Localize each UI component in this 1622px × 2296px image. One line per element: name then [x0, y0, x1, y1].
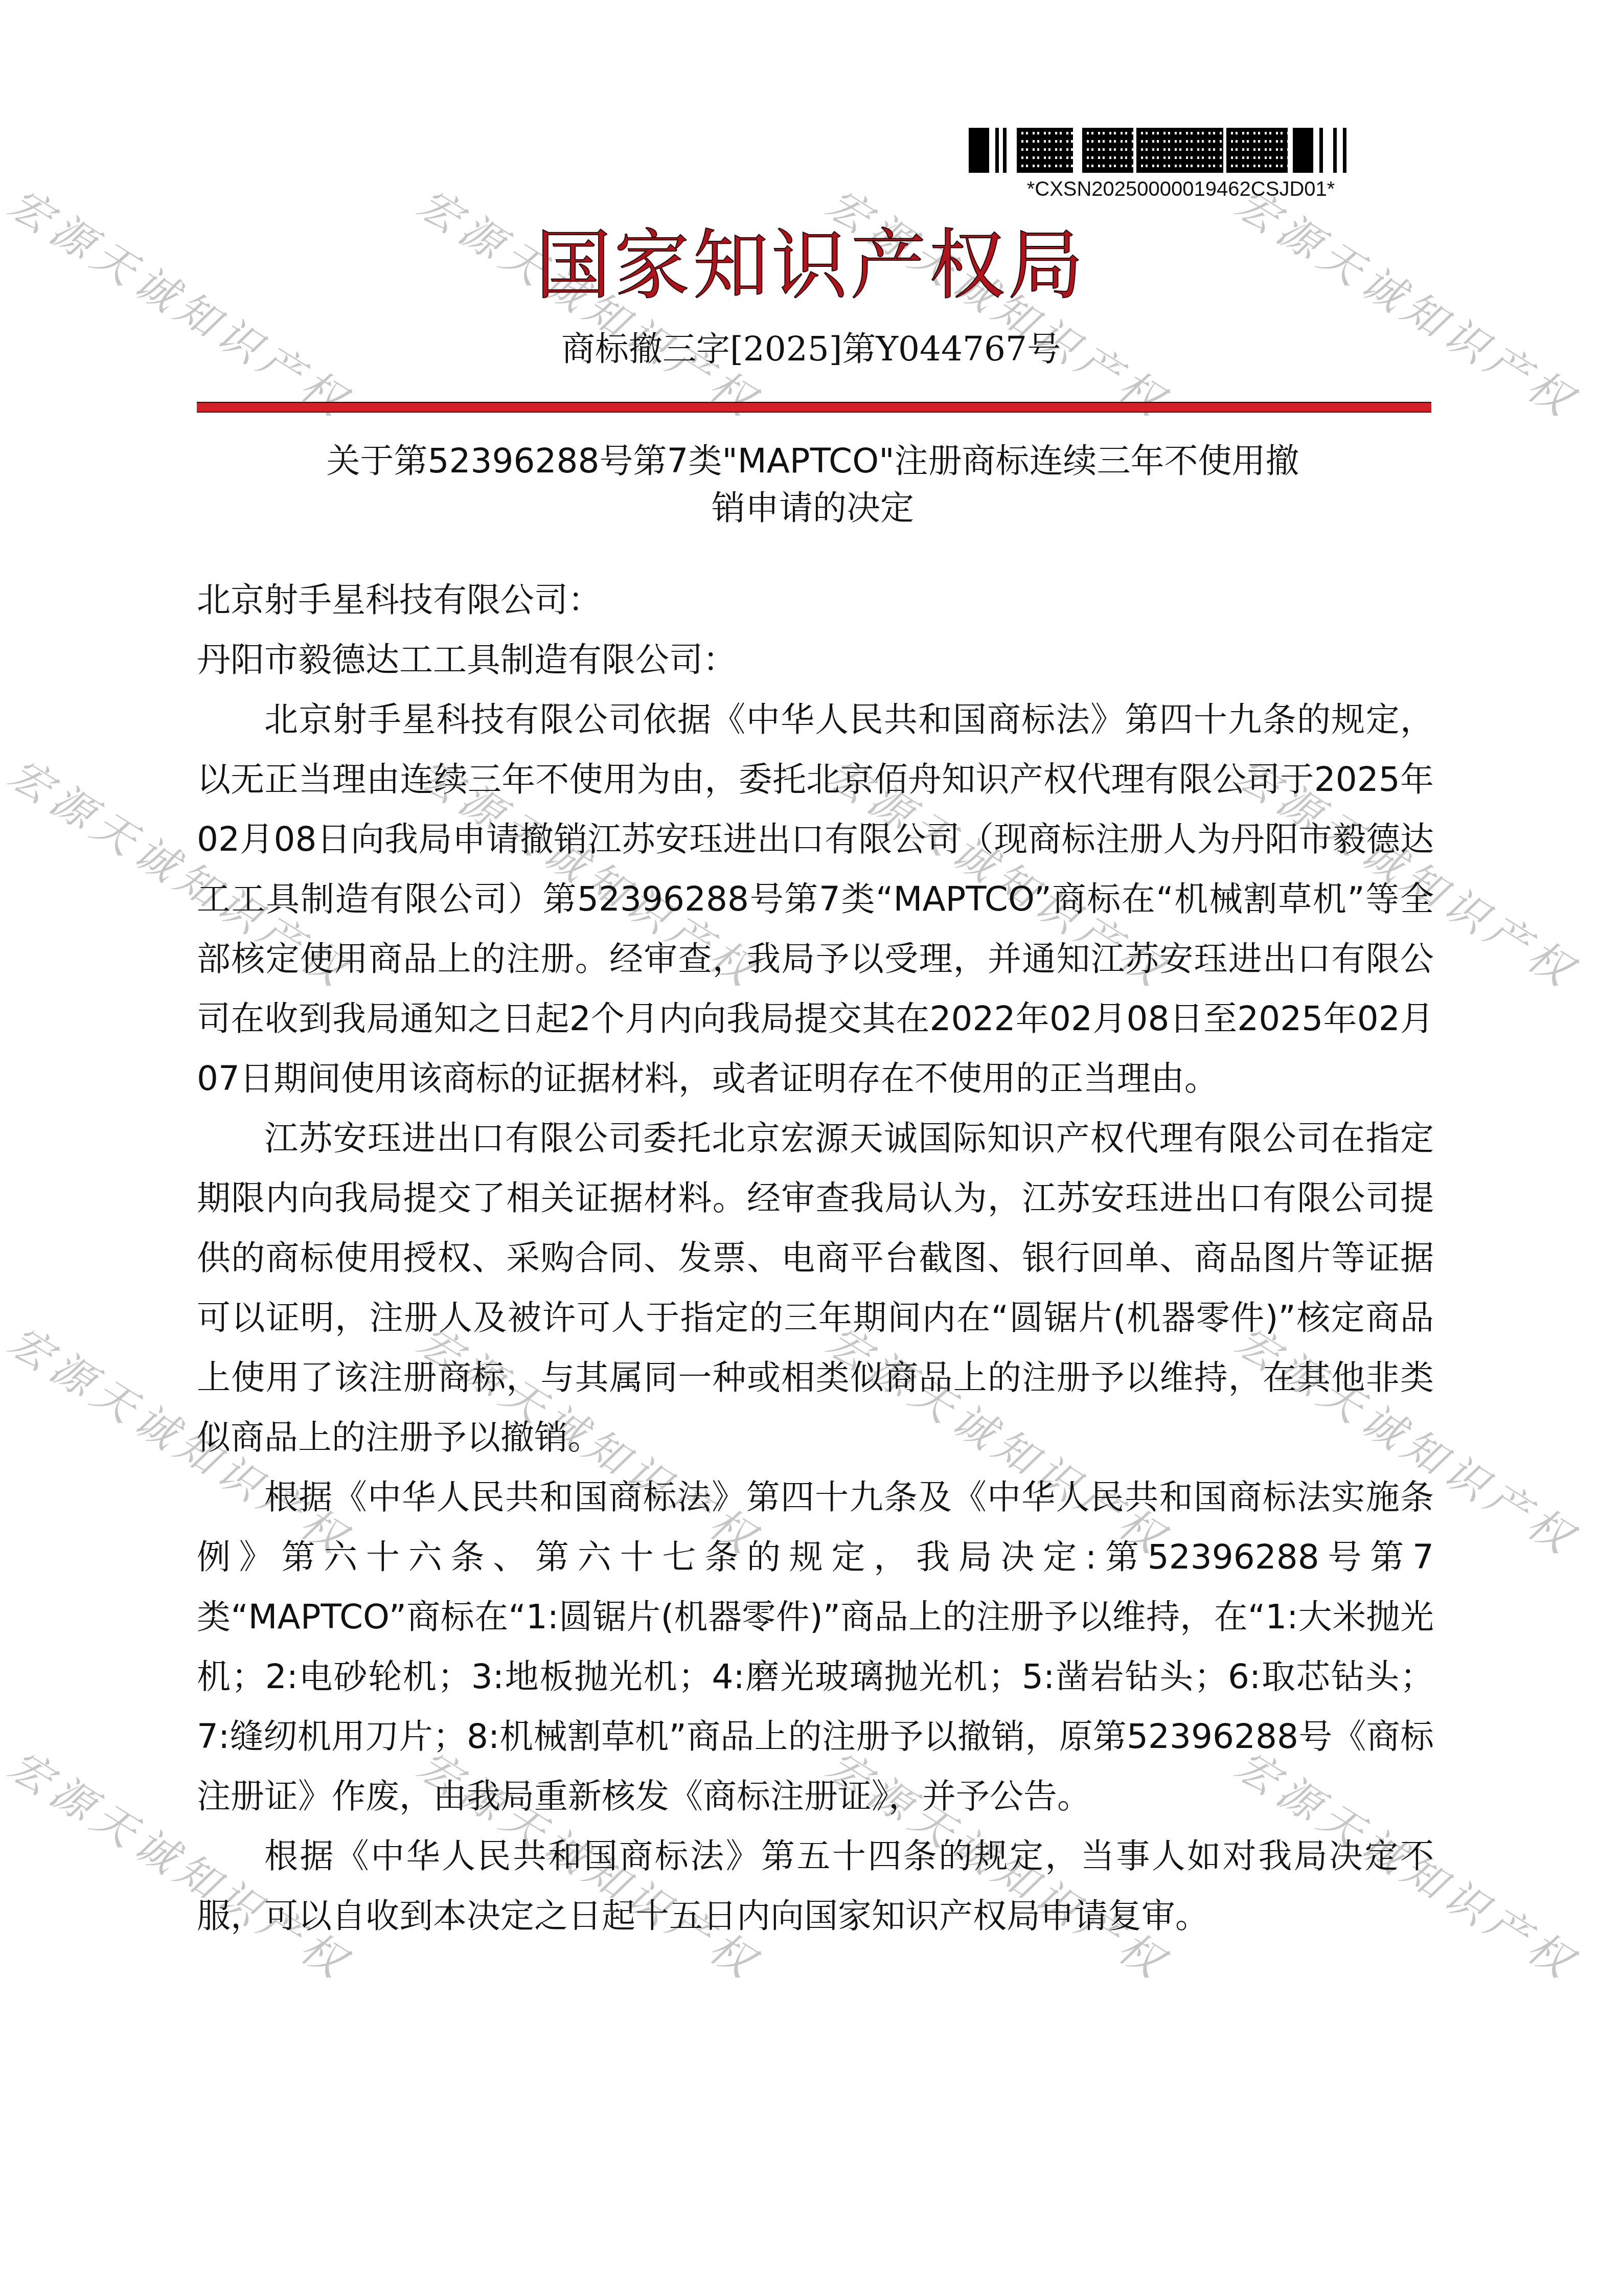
- addressee: 北京射手星科技有限公司：: [197, 570, 1434, 630]
- body-paragraph: 根据《中华人民共和国商标法》第四十九条及《中华人民共和国商标法实施条例》第六十六…: [197, 1467, 1434, 1826]
- subject-line-1: 关于第52396288号第7类"MAPTCO"注册商标连续三年不使用撤: [204, 438, 1421, 485]
- letterhead-divider: [197, 402, 1431, 413]
- addressee-list: 北京射手星科技有限公司： 丹阳市毅德达工工具制造有限公司：: [197, 570, 1434, 690]
- document-page: 宏源天诚知识产权 宏源天诚知识产权 宏源天诚知识产权 宏源天诚知识产权 宏源天诚…: [0, 0, 1622, 2296]
- document-subject: 关于第52396288号第7类"MAPTCO"注册商标连续三年不使用撤 销申请的…: [204, 438, 1421, 532]
- subject-line-2: 销申请的决定: [204, 485, 1421, 532]
- barcode-icon: [969, 128, 1373, 173]
- document-number: 商标撤三字[2025]第Y044767号: [0, 332, 1622, 366]
- document-body: 北京射手星科技有限公司： 丹阳市毅德达工工具制造有限公司： 北京射手星科技有限公…: [197, 570, 1434, 1946]
- body-paragraph: 根据《中华人民共和国商标法》第五十四条的规定，当事人如对我局决定不服，可以自收到…: [197, 1826, 1434, 1946]
- agency-letterhead: 国家知识产权局: [0, 228, 1622, 303]
- barcode-number: *CXSN20250000019462CSJD01*: [987, 178, 1375, 201]
- body-paragraph: 北京射手星科技有限公司依据《中华人民共和国商标法》第四十九条的规定，以无正当理由…: [197, 690, 1434, 1108]
- addressee: 丹阳市毅德达工工具制造有限公司：: [197, 630, 1434, 690]
- body-paragraph: 江苏安珏进出口有限公司委托北京宏源天诚国际知识产权代理有限公司在指定期限内向我局…: [197, 1108, 1434, 1467]
